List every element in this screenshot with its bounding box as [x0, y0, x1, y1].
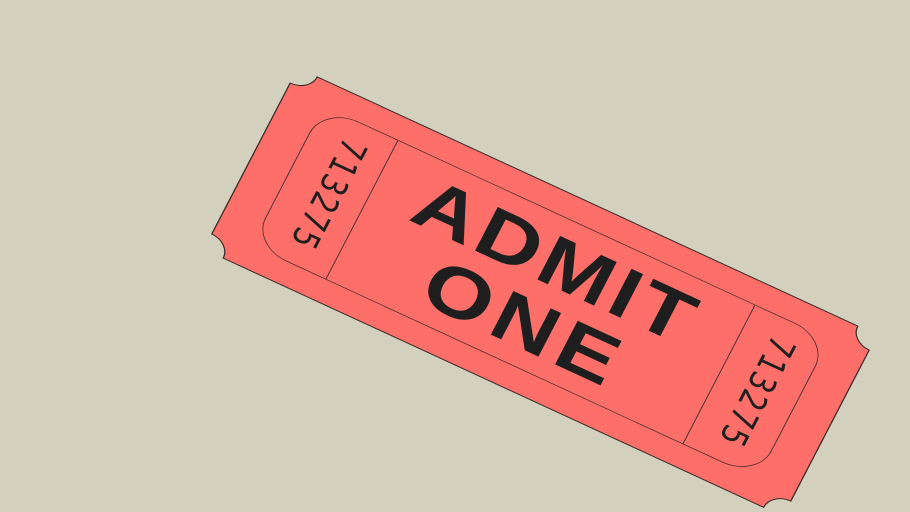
ticket-scene: 713275 713275 ADMIT ONE: [0, 0, 910, 512]
admit-one-ticket: 713275 713275 ADMIT ONE: [204, 68, 877, 512]
